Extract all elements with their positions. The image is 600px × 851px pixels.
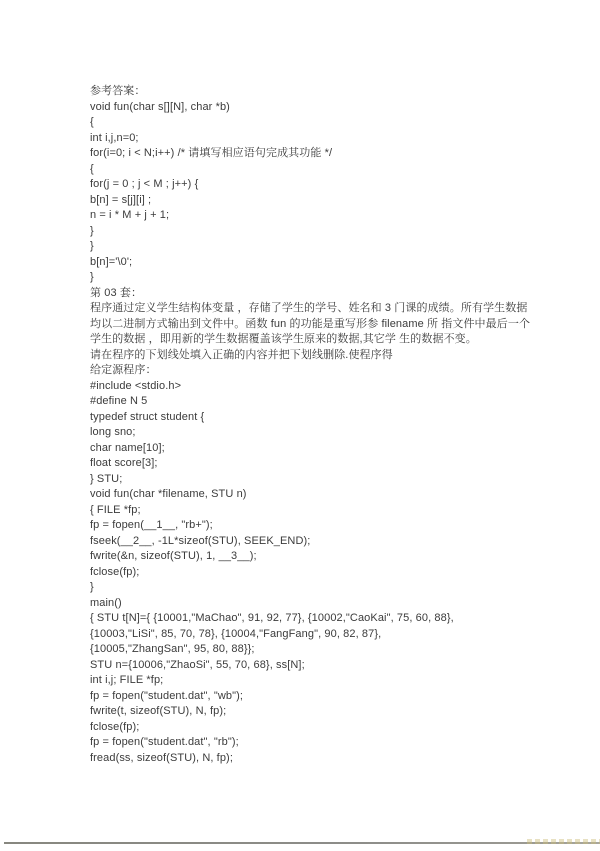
- doc-line: 学生的数据 ，即用新的学生数据覆盖该学生原来的数据,其它学 生的数据不变。: [90, 332, 560, 348]
- document-lines: 参考答案：void fun(char s[][N], char *b){int …: [90, 84, 560, 766]
- document-page: 参考答案：void fun(char s[][N], char *b){int …: [0, 0, 600, 851]
- doc-line: fseek(__2__, -1L*sizeof(STU), SEEK_END);: [90, 534, 560, 550]
- doc-line: {: [90, 115, 560, 131]
- doc-line: main(): [90, 596, 560, 612]
- doc-line: #define N 5: [90, 394, 560, 410]
- doc-line: fread(ss, sizeof(STU), N, fp);: [90, 751, 560, 767]
- doc-line: }: [90, 224, 560, 240]
- doc-line: { STU t[N]={ {10001,"MaChao", 91, 92, 77…: [90, 611, 560, 627]
- doc-line: b[n]='\0';: [90, 255, 560, 271]
- doc-line: { FILE *fp;: [90, 503, 560, 519]
- doc-line: fclose(fp);: [90, 720, 560, 736]
- doc-line: fp = fopen("student.dat", "wb");: [90, 689, 560, 705]
- doc-line: 请在程序的下划线处填入正确的内容并把下划线删除.使程序得: [90, 348, 560, 364]
- doc-line: }: [90, 239, 560, 255]
- doc-line: b[n] = s[j][i] ;: [90, 193, 560, 209]
- doc-line: fwrite(t, sizeof(STU), N, fp);: [90, 704, 560, 720]
- doc-line: 均以二进制方式输出到文件中。函数 fun 的功能是重写形参 filename 所…: [90, 317, 560, 333]
- doc-line: int i,j; FILE *fp;: [90, 673, 560, 689]
- doc-line: } STU;: [90, 472, 560, 488]
- doc-line: 程序通过定义学生结构体变量 ，存储了学生的学号、姓名和 3 门课的成绩。所有学生…: [90, 301, 560, 317]
- doc-line: }: [90, 580, 560, 596]
- doc-line: {10003,"LiSi", 85, 70, 78}, {10004,"Fang…: [90, 627, 560, 643]
- watermark-remnant: [527, 839, 600, 844]
- doc-line: int i,j,n=0;: [90, 131, 560, 147]
- doc-line: fclose(fp);: [90, 565, 560, 581]
- doc-line: 参考答案：: [90, 84, 560, 100]
- doc-line: 给定源程序：: [90, 363, 560, 379]
- doc-line: fp = fopen(__1__, "rb+");: [90, 518, 560, 534]
- doc-line: float score[3];: [90, 456, 560, 472]
- doc-line: for(i=0; i < N;i++) /* 请填写相应语句完成其功能 */: [90, 146, 560, 162]
- doc-line: fp = fopen("student.dat", "rb");: [90, 735, 560, 751]
- doc-line: void fun(char *filename, STU n): [90, 487, 560, 503]
- doc-line: typedef struct student {: [90, 410, 560, 426]
- doc-line: }: [90, 270, 560, 286]
- doc-line: #include <stdio.h>: [90, 379, 560, 395]
- doc-line: {: [90, 162, 560, 178]
- bottom-divider: [4, 842, 600, 844]
- doc-line: 第 03 套：: [90, 286, 560, 302]
- doc-line: void fun(char s[][N], char *b): [90, 100, 560, 116]
- doc-line: for(j = 0 ; j < M ; j++) {: [90, 177, 560, 193]
- doc-line: long sno;: [90, 425, 560, 441]
- doc-line: char name[10];: [90, 441, 560, 457]
- doc-line: STU n={10006,"ZhaoSi", 55, 70, 68}, ss[N…: [90, 658, 560, 674]
- doc-line: fwrite(&n, sizeof(STU), 1, __3__);: [90, 549, 560, 565]
- doc-line: n = i * M + j + 1;: [90, 208, 560, 224]
- doc-line: {10005,"ZhangSan", 95, 80, 88}};: [90, 642, 560, 658]
